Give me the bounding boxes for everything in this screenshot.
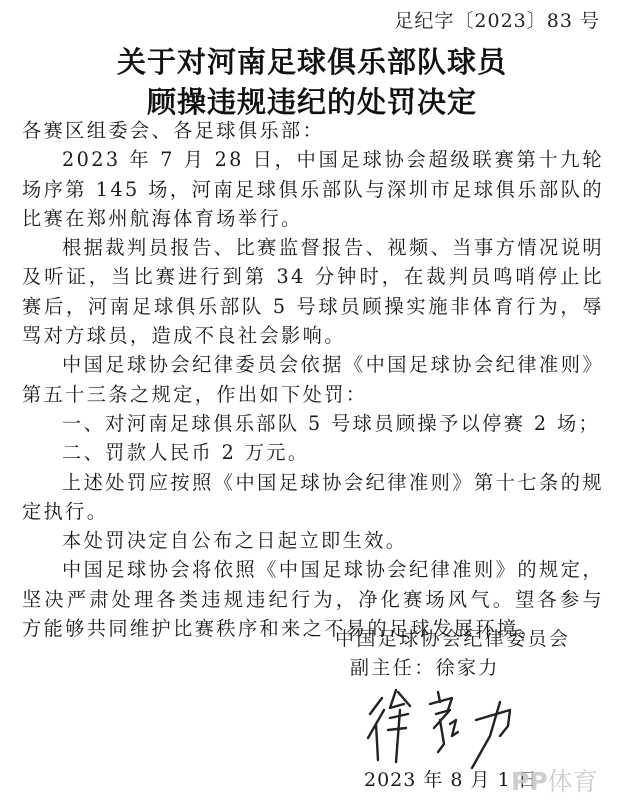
paragraph-execution: 上述处罚应按照《中国足球协会纪律准则》第十七条的规定执行。	[22, 468, 604, 527]
document-body: 各赛区组委会、各足球俱乐部： 2023 年 7 月 28 日，中国足球协会超级联…	[22, 116, 604, 643]
document-number: 足纪字〔2023〕83 号	[394, 6, 600, 33]
pp-sports-watermark: PP体育	[511, 762, 598, 798]
penalty-item-2: 二、罚款人民币 2 万元。	[22, 438, 604, 467]
document-title-line-1: 关于对河南足球俱乐部队球员	[0, 40, 624, 81]
paragraph-basis: 中国足球协会纪律委员会依据《中国足球协会纪律准则》第五十三条之规定，作出如下处罚…	[22, 350, 604, 409]
penalty-item-1: 一、对河南足球俱乐部队 5 号球员顾操予以停赛 2 场；	[22, 409, 604, 438]
watermark-text: 体育	[548, 767, 598, 796]
salutation: 各赛区组委会、各足球俱乐部：	[22, 116, 604, 145]
paragraph-incident: 2023 年 7 月 28 日，中国足球协会超级联赛第十九轮场序第 145 场，…	[22, 145, 604, 233]
signatory-organization: 中国足球协会纪律委员会	[335, 624, 570, 651]
handwritten-signature	[360, 680, 580, 770]
signatory-role: 副主任：徐家力	[350, 653, 500, 680]
paragraph-findings: 根据裁判员报告、比赛监督报告、视频、当事方情况说明及听证，当比赛进行到第 34 …	[22, 233, 604, 350]
pp-logo-icon: PP	[511, 767, 548, 796]
document-title-line-2: 顾操违规违纪的处罚决定	[0, 80, 624, 121]
paragraph-effective: 本处罚决定自公布之日起立即生效。	[22, 526, 604, 555]
